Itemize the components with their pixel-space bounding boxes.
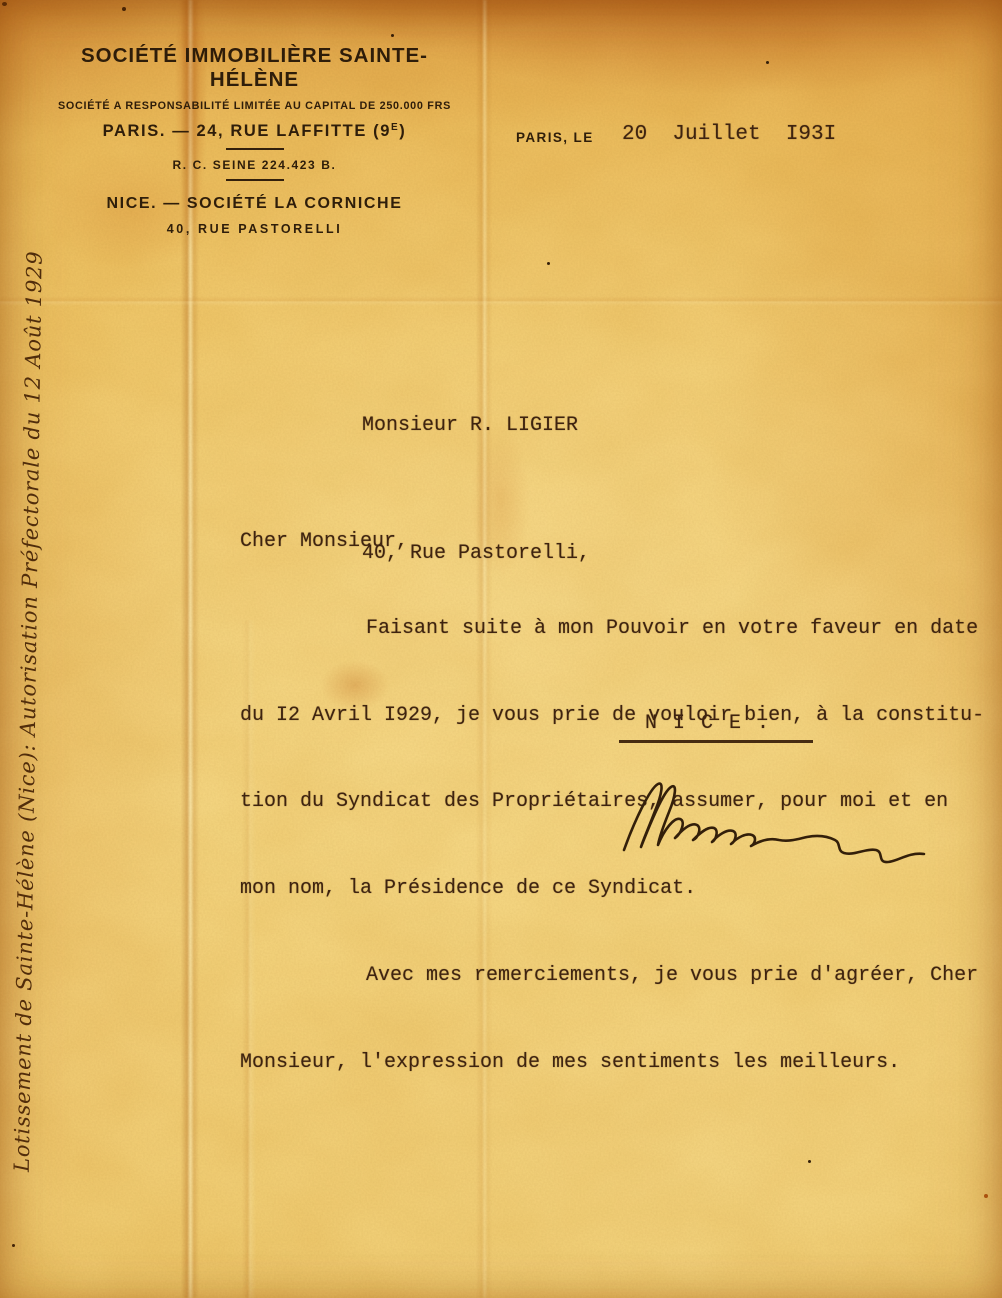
body-line: mon nom, la Présidence de ce Syndicat. [240,877,1002,918]
paper-speck [984,1194,988,1198]
paper-speck [12,1244,15,1247]
body-line: Faisant suite à mon Pouvoir en votre fav… [240,617,1002,658]
recipient-name: Monsieur R. LIGIER [362,405,813,448]
trade-registry-line: R. C. SEINE 224.423 B. [52,158,457,172]
letterhead: SOCIÉTÉ IMMOBILIÈRE SAINTE-HÉLÈNE SOCIÉT… [52,44,457,236]
margin-note-authorization: Lotissement de Sainte-Hélène (Nice): Aut… [10,280,46,1172]
company-name: SOCIÉTÉ IMMOBILIÈRE SAINTE-HÉLÈNE [52,44,457,92]
nice-address-line: 40, RUE PASTORELLI [52,222,457,236]
paris-address-close: ) [399,122,406,140]
paper-speck [122,7,126,11]
body-line: Avec mes remerciements, je vous prie d'a… [240,964,1002,1005]
salutation: Cher Monsieur, [240,530,1002,571]
horizontal-fold-crease [0,296,1002,306]
letterhead-rule [226,148,284,150]
letter-scan-page: SOCIÉTÉ IMMOBILIÈRE SAINTE-HÉLÈNE SOCIÉT… [0,0,1002,1298]
nice-branch-line: NICE. — SOCIÉTÉ LA CORNICHE [52,195,457,213]
paris-address-line: PARIS. — 24, RUE LAFFITTE (9E) [52,122,457,141]
paris-address-text: PARIS. — 24, RUE LAFFITTE (9 [103,122,391,140]
body-line: du I2 Avril I929, je vous prie de vouloi… [240,704,1002,745]
paper-speck [766,61,769,64]
paper-speck [808,1160,811,1163]
dateline-printed-label: PARIS, LE [516,130,594,145]
dateline-typed-date: 20 Juillet I93I [622,123,836,146]
paper-speck [547,262,550,265]
paper-speck [2,2,7,6]
signature-scrawl [608,778,943,875]
signature-ink-path [608,778,943,870]
letterhead-rule [226,179,284,181]
legal-form-line: SOCIÉTÉ A RESPONSABILITÉ LIMITÉE AU CAPI… [52,100,457,112]
body-line: Monsieur, l'expression de mes sentiments… [240,1051,1002,1092]
paper-speck [391,34,394,37]
